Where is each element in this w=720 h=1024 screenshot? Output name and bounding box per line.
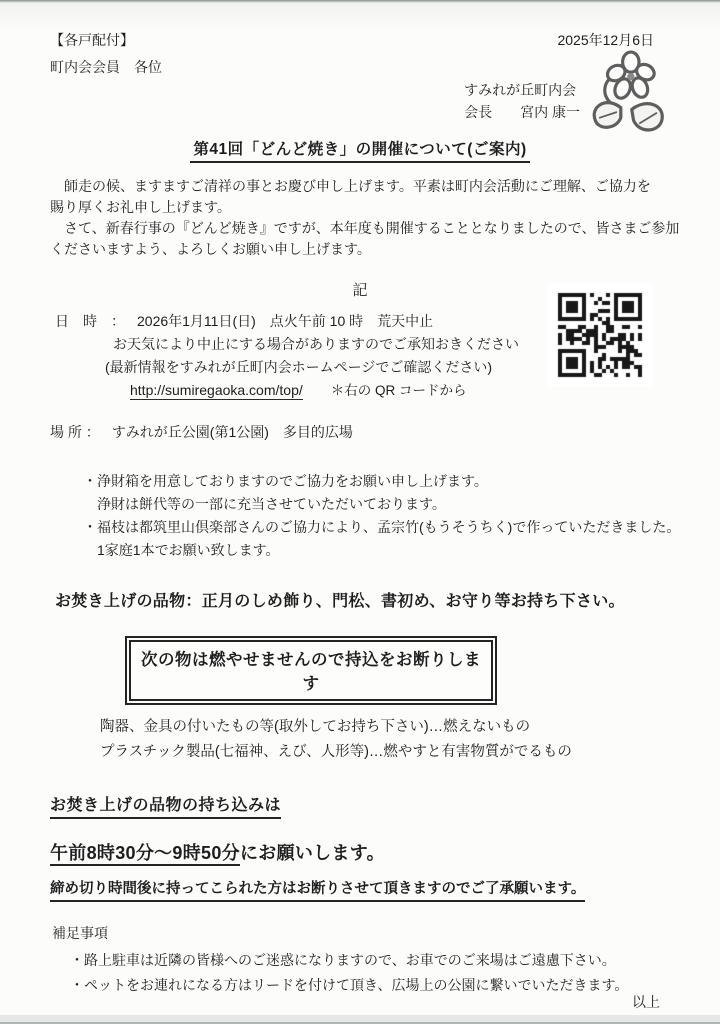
place-line: 場 所 ：すみれが丘公園(第1公園) 多目的広場 bbox=[50, 422, 720, 442]
note-line: 浄財は餅代等の一部に充当させていただいております。 bbox=[83, 493, 720, 516]
title-row: 第41回「どんど焼き」の開催について(ご案内) bbox=[0, 137, 720, 163]
burnable-items-line: お焚き上げの品物：正月のしめ飾り、門松、書初め、お守り等お持ち下さい。 bbox=[55, 588, 720, 611]
prohibited-list: 陶器、金具の付いたもの等(取外してお持ち下さい)…燃えないもの プラスチック製品… bbox=[100, 715, 720, 765]
supplement-list: ・路上駐車は近隣の皆様へのご迷惑になりますので、お車でのご来場はご遠慮下さい。 … bbox=[70, 948, 720, 998]
qr-code bbox=[548, 283, 652, 387]
datetime-value: 2026年1月11日(日) 点火午前 10 時 荒天中止 bbox=[137, 313, 433, 329]
homepage-url: http://sumiregaoka.com/top/ bbox=[130, 382, 303, 400]
scanned-notice-page: 【各戸配付】 2025年12月6日 町内会会員 各位 すみれが丘町内会 会長 宮… bbox=[0, 0, 720, 1024]
meta-row: 【各戸配付】 2025年12月6日 bbox=[0, 0, 720, 50]
place-label: 場 所 ： bbox=[50, 424, 100, 440]
datetime-label: 日 時 ： bbox=[55, 313, 125, 329]
note-line: ・浄財箱を用意しておりますのでご協力をお願い申し上げます。 bbox=[83, 470, 720, 493]
distribution-label: 【各戸配付】 bbox=[50, 30, 134, 50]
place-value: すみれが丘公園(第1公園) 多目的広場 bbox=[112, 424, 353, 440]
page-title: 第41回「どんど焼き」の開催について(ご案内) bbox=[190, 137, 529, 163]
prohibited-item: 陶器、金具の付いたもの等(取外してお持ち下さい)…燃えないもの bbox=[100, 715, 720, 740]
deadline-row: 締め切り時間後に持ってこられた方はお断りさせて頂きますのでご了承願います。 bbox=[50, 877, 720, 902]
bring-in-heading: お焚き上げの品物の持ち込みは bbox=[50, 792, 281, 819]
deadline-note: 締め切り時間後に持ってこられた方はお断りさせて頂きますのでご了承願います。 bbox=[50, 877, 585, 902]
chairman-name: 会長 宮内 康一 bbox=[464, 102, 580, 122]
greeting-line: さて、新春行事の『どんど焼き』ですが、本年度も開催することとなりましたので、皆さ… bbox=[50, 218, 700, 239]
bring-in-time-suffix: にお願いします。 bbox=[240, 843, 385, 863]
greeting-paragraphs: 師走の候、ますますご清祥の事とお慶び申し上げます。平素は町内会活動にご理解、ご協… bbox=[50, 176, 700, 260]
warning-box: 次の物は燃やせませんので持込をお断りします bbox=[125, 636, 497, 705]
prohibited-item: プラスチック製品(七福神、えび、人形等)…燃やすと有害物質がでるもの bbox=[100, 740, 720, 765]
supplement-item: ・路上駐車は近隣の皆様へのご迷惑になりますので、お車でのご来場はご遠慮下さい。 bbox=[70, 948, 720, 973]
greeting-line: くださいますよう、よろしくお願い申し上げます。 bbox=[50, 239, 700, 260]
supplement-heading: 補足事項 bbox=[52, 923, 720, 943]
violet-flower-icon bbox=[588, 50, 670, 138]
supplement-item: ・ペットをお連れになる方はリードを付けて頂き、広場上の公園に繋いでいただきます。 bbox=[70, 973, 720, 998]
bring-in-heading-row: お焚き上げの品物の持ち込みは bbox=[50, 792, 720, 819]
greeting-line: 師走の候、ますますご清祥の事とお慶び申し上げます。平素は町内会活動にご理解、ご協… bbox=[50, 176, 700, 197]
association-block: すみれが丘町内会 会長 宮内 康一 bbox=[464, 80, 580, 122]
note-line: 1家庭1本でお願い致します。 bbox=[83, 539, 720, 562]
bring-in-time: 午前8時30分〜9時50分 bbox=[50, 843, 240, 866]
greeting-line: 賜り厚くお礼申し上げます。 bbox=[50, 197, 700, 218]
notes-list: ・浄財箱を用意しておりますのでご協力をお願い申し上げます。 浄財は餅代等の一部に… bbox=[83, 470, 720, 562]
warning-box-text: 次の物は燃やせませんので持込をお断りします bbox=[129, 640, 493, 701]
bring-in-time-line: 午前8時30分〜9時50分にお願いします。 bbox=[50, 839, 720, 865]
document-date: 2025年12月6日 bbox=[557, 30, 654, 50]
note-line: ・福枝は都筑里山倶楽部さんのご協力により、孟宗竹(もうそうちく)で作っていただき… bbox=[83, 516, 720, 539]
association-name: すみれが丘町内会 bbox=[464, 80, 580, 100]
qr-note: ＊右の QR コードから bbox=[331, 383, 467, 398]
